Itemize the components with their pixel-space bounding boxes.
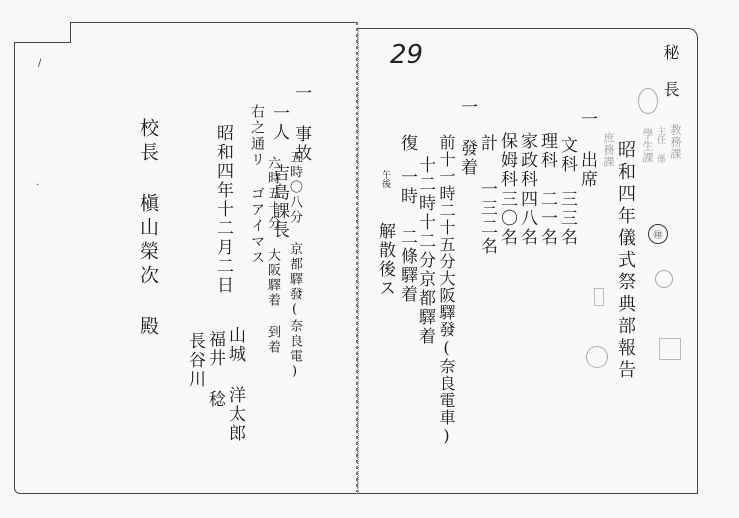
report-title: 昭和四年儀式祭典部報告 [616,140,634,382]
attendance-count-bunka: 三三名 [558,190,575,247]
personal-seal: ㊞ [648,224,668,244]
pencil-mark: / [38,58,41,69]
attendance-label-hobo: 保姆科 [498,132,515,189]
dot-mark: · [36,180,39,191]
signatory-2: 福井 稔 [206,330,223,409]
report-date: 昭和四年十二月二日 [214,124,231,295]
dismissal-note: 解散後ス [376,222,393,298]
attendance-total-count: 一三二名 [478,180,495,256]
stamp-notes: 主任 係 [655,126,664,163]
departure-heading: 一 發着 [458,98,475,177]
reason-heading: 一 事故 [292,84,309,163]
reason-line-2: 右之通リ ゴアイマス [250,104,264,266]
round-seal-left [586,346,608,368]
stamp-kyomu: 教務課 [670,124,681,160]
departure-line-2: 十二時十二分京都驛着 [416,156,433,346]
addressee: 校長 槇山榮次 殿 [138,118,157,340]
stamp-shomu: 庶務課 [603,132,614,168]
attendance-label-rika: 理科 [538,132,555,170]
signatory-3: 長谷川 [186,332,203,389]
binding-fold [356,22,358,492]
header-secret: 秘 長 [662,44,678,98]
torn-corner [14,22,71,43]
signatory-1: 山城 洋太郎 [226,326,243,443]
return-sub: 午後 [380,170,389,188]
reason-line-1: 一人 吉島課長 [270,104,287,240]
attendance-count-rika: 二一名 [538,190,555,247]
departure-line-1: 前十一時二十五分大阪驛發(奈良電車) [438,134,454,446]
attendance-label-kasei: 家政科 [518,132,535,189]
return-label: 復 [398,134,415,153]
small-seal [594,288,604,306]
attendance-total-label: 計 [478,134,495,153]
page-number: 29 [390,40,423,70]
square-seal [659,338,681,360]
stamp-gakusei: 學生課 [642,128,653,164]
return-line: 一時 二條驛着 [398,168,415,304]
attendance-count-hobo: 三〇名 [498,190,515,247]
attendance-label-bunka: 文科 [558,136,575,174]
faint-seal [655,270,673,288]
round-stamp-top [638,88,658,114]
time-note-1: 五時〇八分 京都驛發(奈良電) [288,150,301,381]
attendance-count-kasei: 四八名 [518,190,535,247]
attendance-heading: 一 出席 [578,110,595,189]
